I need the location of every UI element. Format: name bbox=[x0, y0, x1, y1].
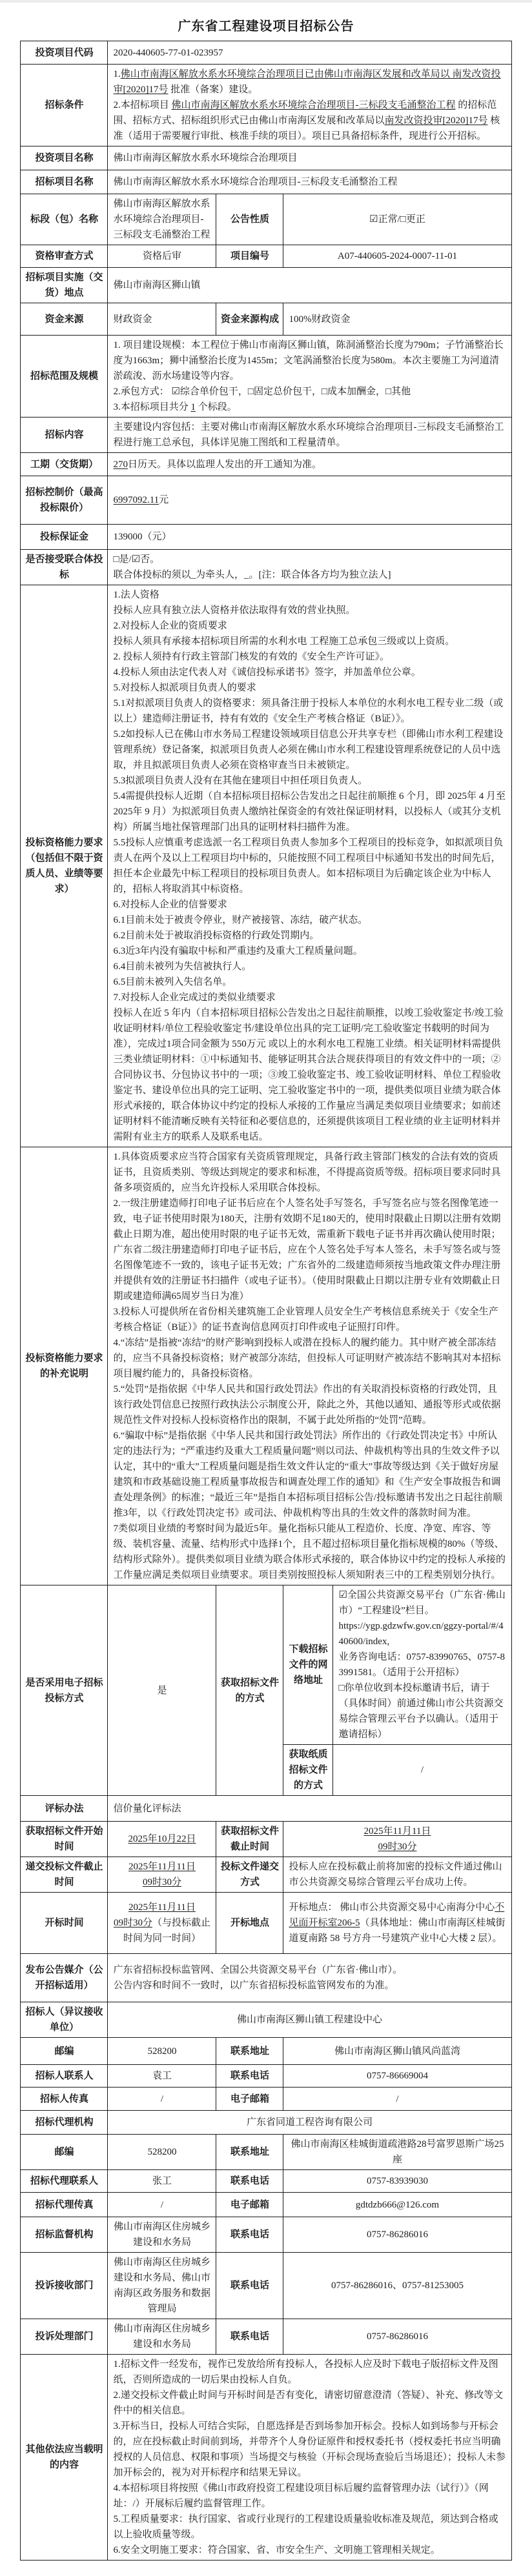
tender-project-name-underlined: 佛山市南海区解放水系水环境综合治理项目-三标段支毛涌整治工程 bbox=[171, 100, 455, 110]
agency-fax-value: / bbox=[108, 2193, 216, 2217]
obtain-end-date: 2025年11月11日 09时30分 bbox=[364, 1826, 431, 1852]
supervisor-label: 招标监督机构 bbox=[21, 2217, 108, 2253]
row-fund-source: 资金来源 财政资金 资金来源构成 100%财政资金 bbox=[21, 303, 511, 336]
supervisor-phone-label: 联系电话 bbox=[216, 2217, 283, 2253]
opening-time-value: 2025年11月11日 09时30分（与投标截止时间为同一时间） bbox=[108, 1893, 216, 1954]
evaluation-method-value: 信价量化评标法 bbox=[108, 1796, 511, 1822]
tenderer-address-label: 联系地址 bbox=[216, 2038, 283, 2065]
row-tender-project-name: 招标项目名称 佛山市南海区解放水系水环境综合治理项目-三标段支毛涌整治工程 bbox=[21, 170, 511, 194]
row-announcement-media: 发布公告媒介（公开招标适用） 广东省招标投标监管网、全国公共资源交易平台（广东省… bbox=[21, 1954, 511, 2002]
submit-deadline-label: 递交投标文件截止时间 bbox=[21, 1857, 108, 1893]
opening-time-label: 开标时间 bbox=[21, 1893, 108, 1954]
submit-method-value: 投标人应在投标截止前将加密的投标文件通过佛山市公共资源交易综合管理云平台成功上传… bbox=[283, 1857, 511, 1893]
row-tender-content: 招标内容 主要建设内容包括：主要对佛山市南海区解放水系水环境综合治理项目-三标段… bbox=[21, 418, 511, 453]
opening-clock: 09时30分 bbox=[114, 1918, 152, 1928]
fund-source-value: 财政资金 bbox=[108, 303, 216, 336]
row-submission: 递交投标文件截止时间 2025年11月11日 09时30分 投标文件递交方式 投… bbox=[21, 1857, 511, 1893]
submit-deadline-date: 2025年11月11日 09时30分 bbox=[128, 1862, 196, 1887]
tenderer-label: 招标人（异议接收单位） bbox=[21, 2002, 108, 2038]
row-bid-bond: 投标保证金 139000（元） bbox=[21, 525, 511, 550]
text-segment: ☑全国公共资源交易平台（广东省·佛山市）“工程建设”栏目。 bbox=[338, 1590, 505, 1616]
text-segment: 元 bbox=[159, 495, 169, 505]
tender-project-name-value: 佛山市南海区解放水系水环境综合治理项目-三标段支毛涌整治工程 bbox=[108, 170, 511, 194]
row-supervisor: 招标监督机构 佛山市南海区住房城乡建设和水务局 联系电话 0757-862860… bbox=[21, 2217, 511, 2253]
row-agency-postcode: 邮编 528200 联系地址 佛山市南海区桂城街道疏港路28号富罗恩斯广场25座 bbox=[21, 2135, 511, 2170]
agency-postcode-value: 528200 bbox=[108, 2135, 216, 2170]
tenderer-email-label: 电子邮箱 bbox=[216, 2088, 283, 2111]
obtain-start-date: 2025年10月22日 bbox=[128, 1834, 196, 1844]
row-investment-name: 投资项目名称 佛山市南海区解放水系水环境综合治理项目 bbox=[21, 146, 511, 170]
tenderer-phone-label: 联系电话 bbox=[216, 2065, 283, 2088]
section-name-value: 佛山市南海区解放水系水环境综合治理项目-三标段支毛涌整治工程 bbox=[108, 194, 216, 245]
tender-project-name-label: 招标项目名称 bbox=[21, 170, 108, 194]
agency-email-value: gdtdzb666@126.com bbox=[283, 2193, 511, 2217]
obtain-end-value: 2025年11月11日 09时30分 bbox=[283, 1822, 511, 1857]
text-segment: 日历天。具体以监理人发出的开工通知为准。 bbox=[128, 459, 322, 470]
agency-contact-label: 招标代理联系人 bbox=[21, 2170, 108, 2193]
complaint-receive-phone-label: 联系电话 bbox=[216, 2253, 283, 2319]
agency-address-label: 联系地址 bbox=[216, 2135, 283, 2170]
row-tenderer-postcode: 邮编 528200 联系地址 佛山市南海区狮山镇风尚蓝湾 bbox=[21, 2038, 511, 2065]
tenderer-postcode-label: 邮编 bbox=[21, 2038, 108, 2065]
qualification-requirements-value: 1.法人资格 投标人应具有独立法人资格并依法取得有效的营业执照。 2.对投标人企… bbox=[108, 585, 511, 1147]
project-number-label: 项目编号 bbox=[216, 245, 283, 268]
row-tenderer-contact: 招标人联系人 袁工 联系电话 0757-86669004 bbox=[21, 2065, 511, 2088]
qualification-method-value: 资格后审 bbox=[108, 245, 216, 268]
row-complaint-handle: 投诉处理部门 佛山市南海区住房城乡建设和水务局 联系电话 0757-862860… bbox=[21, 2319, 511, 2355]
complaint-handle-phone-label: 联系电话 bbox=[216, 2319, 283, 2355]
section-count: 1 bbox=[190, 402, 196, 412]
e-bidding-label: 是否采用电子招标投标方式 bbox=[21, 1585, 108, 1796]
tender-content-label: 招标内容 bbox=[21, 418, 108, 453]
agency-fax-label: 招标代理传真 bbox=[21, 2193, 108, 2217]
section-name-label: 标段（包）名称 bbox=[21, 194, 108, 245]
submit-deadline-value: 2025年11月11日 09时30分 bbox=[108, 1857, 216, 1893]
control-price-label: 招标控制价（最高投标限价） bbox=[21, 476, 108, 525]
fund-composition-value: 100%财政资金 bbox=[283, 303, 511, 336]
text-segment: 个标段。 bbox=[196, 402, 237, 412]
agency-value: 广东省同道工程咨询有限公司 bbox=[108, 2111, 511, 2135]
agency-postcode-label: 邮编 bbox=[21, 2135, 108, 2170]
qualification-notes-value: 1.具体资质要求应当符合国家有关资质管理规定，具备行政主管部门核发的合法有效的资… bbox=[108, 1147, 511, 1585]
row-section-name: 标段（包）名称 佛山市南海区解放水系水环境综合治理项目-三标段支毛涌整治工程 公… bbox=[21, 194, 511, 245]
tender-notice-page: 广东省工程建设项目招标公告 投资项目代码 2020-440605-77-01-0… bbox=[0, 3, 532, 2561]
complaint-receive-label: 投诉接收部门 bbox=[21, 2253, 108, 2319]
text-segment: 业务咨询电话：0757-83990765、0757-83991581。（适用于公… bbox=[338, 1652, 505, 1740]
tenderer-value: 佛山市南海区狮山镇工程建设中心 bbox=[108, 2002, 511, 2038]
approval-doc-number: 南发改资投审[2020]17号 bbox=[384, 116, 487, 126]
row-scope: 招标范围及规模 1. 项目建设规模：本工程位于佛山市南海区狮山镇，陈洞涌整治长度… bbox=[21, 336, 511, 418]
opening-place-label: 开标地点 bbox=[216, 1893, 283, 1954]
e-bidding-value: 是 bbox=[108, 1585, 216, 1796]
complaint-handle-value: 佛山市南海区住房城乡建设和水务局 bbox=[108, 2319, 216, 2355]
scope-label: 招标范围及规模 bbox=[21, 336, 108, 418]
investment-name-label: 投资项目名称 bbox=[21, 146, 108, 170]
row-consortium: 是否接受联合体投标 □是/☑否。 联合体投标的须以_为牵头人，_。[注：联合体各… bbox=[21, 550, 511, 585]
scope-value: 1. 项目建设规模：本工程位于佛山市南海区狮山镇，陈洞涌整治长度为790m；子竹… bbox=[108, 336, 511, 418]
obtain-start-value: 2025年10月22日 bbox=[108, 1822, 216, 1857]
complaint-handle-label: 投诉处理部门 bbox=[21, 2319, 108, 2355]
row-duration: 工期（交货期） 270日历天。具体以监理人发出的开工通知为准。 bbox=[21, 453, 511, 476]
tenderer-contact-value: 袁工 bbox=[108, 2065, 216, 2088]
page-title: 广东省工程建设项目招标公告 bbox=[0, 15, 532, 34]
notice-nature-label: 公告性质 bbox=[216, 194, 283, 245]
row-e-bidding-download: 是否采用电子招标投标方式 是 获取招标文件的方式 下载招标文件的网络地址 ☑全国… bbox=[21, 1585, 511, 1745]
notice-nature-value: ☑正常/□更正 bbox=[283, 194, 511, 245]
row-investment-code: 投资项目代码 2020-440605-77-01-023957 bbox=[21, 41, 511, 65]
complaint-receive-value: 佛山市南海区住房城乡建设和水务局、佛山市南海区政务服务和数据管理局 bbox=[108, 2253, 216, 2319]
agency-email-label: 电子邮箱 bbox=[216, 2193, 283, 2217]
obtain-end-label: 获取招标文件截止时间 bbox=[216, 1822, 283, 1857]
announcement-media-value: 广东省招标投标监管网、全国公共资源交易平台（广东省·佛山市）。 公告内容和时间不… bbox=[108, 1954, 511, 2002]
text-segment: 开标地点： 佛山市公共资源交易中心南海分中心 bbox=[289, 1902, 495, 1913]
download-url-label: 下载招标文件的网络地址 bbox=[283, 1585, 333, 1745]
agency-phone-label: 联系电话 bbox=[216, 2170, 283, 2193]
consortium-label: 是否接受联合体投标 bbox=[21, 550, 108, 585]
project-number-value: A07-440605-2024-0007-11-01 bbox=[283, 245, 511, 268]
tender-content-value: 主要建设内容包括：主要对佛山市南海区解放水系水环境综合治理项目-三标段支毛涌整治… bbox=[108, 418, 511, 453]
row-qualification-notes: 投标资格能力要求的补充说明 1.具体资质要求应当符合国家有关资质管理规定，具备行… bbox=[21, 1147, 511, 1585]
supervisor-value: 佛山市南海区住房城乡建设和水务局 bbox=[108, 2217, 216, 2253]
submit-method-label: 投标文件递交方式 bbox=[216, 1857, 283, 1893]
announcement-media-label: 发布公告媒介（公开招标适用） bbox=[21, 1954, 108, 2002]
opening-date: 2025年11月11日 bbox=[128, 1902, 196, 1913]
agency-address-value: 佛山市南海区桂城街道疏港路28号富罗恩斯广场25座 bbox=[283, 2135, 511, 2170]
evaluation-method-label: 评标办法 bbox=[21, 1796, 108, 1822]
tenderer-address-value: 佛山市南海区狮山镇风尚蓝湾 bbox=[283, 2038, 511, 2065]
obtain-method-label: 获取招标文件的方式 bbox=[216, 1585, 283, 1796]
control-price-amount: 6997092.11 bbox=[113, 495, 159, 505]
row-tenderer: 招标人（异议接收单位） 佛山市南海区狮山镇工程建设中心 bbox=[21, 2002, 511, 2038]
row-complaint-receive: 投诉接收部门 佛山市南海区住房城乡建设和水务局、佛山市南海区政务服务和数据管理局… bbox=[21, 2253, 511, 2319]
qualification-notes-label: 投标资格能力要求的补充说明 bbox=[21, 1147, 108, 1585]
row-tenderer-fax: 招标人传真 / 电子邮箱 / bbox=[21, 2088, 511, 2111]
complaint-handle-phone-value: 0757-86286016 bbox=[283, 2319, 511, 2355]
row-other-content: 其他依法应当载明的内容 1.招标文件一经发布，视作已发放给所有投标人，各投标人应… bbox=[21, 2355, 511, 2561]
complaint-receive-phone-value: 0757-86286016、0757-81253005 bbox=[283, 2253, 511, 2319]
other-content-value: 1.招标文件一经发布，视作已发放给所有投标人，各投标人应及时下载电子版招标文件及… bbox=[108, 2355, 511, 2561]
investment-name-value: 佛山市南海区解放水系水环境综合治理项目 bbox=[108, 146, 511, 170]
tenderer-contact-label: 招标人联系人 bbox=[21, 2065, 108, 2088]
tenderer-phone-value: 0757-86669004 bbox=[283, 2065, 511, 2088]
qualification-method-label: 资格审查方式 bbox=[21, 245, 108, 268]
bid-bond-label: 投标保证金 bbox=[21, 525, 108, 550]
row-evaluation-method: 评标办法 信价量化评标法 bbox=[21, 1796, 511, 1822]
row-agency-contact: 招标代理联系人 张工 联系电话 0757-83939030 bbox=[21, 2170, 511, 2193]
tender-notice-table: 投资项目代码 2020-440605-77-01-023957 招标条件 1.佛… bbox=[20, 41, 511, 2561]
control-price-value: 6997092.11元 bbox=[108, 476, 511, 525]
delivery-place-value: 佛山市南海区狮山镇 bbox=[108, 268, 511, 303]
row-obtain-time: 获取招标文件开始时间 2025年10月22日 获取招标文件截止时间 2025年1… bbox=[21, 1822, 511, 1857]
duration-days: 270 bbox=[113, 459, 128, 470]
duration-label: 工期（交货期） bbox=[21, 453, 108, 476]
duration-value: 270日历天。具体以监理人发出的开工通知为准。 bbox=[108, 453, 511, 476]
download-url-link[interactable]: https://ygp.gdzwfw.gov.cn/ggzy-portal/#/… bbox=[338, 1621, 503, 1647]
opening-place-value: 开标地点： 佛山市公共资源交易中心南海分中心不见面开标室206-5（具体地址：佛… bbox=[283, 1893, 511, 1954]
row-qualification-requirements: 投标资格能力要求（包括但不限于资质人员、业绩等要求） 1.法人资格 投标人应具有… bbox=[21, 585, 511, 1147]
fund-composition-label: 资金来源构成 bbox=[216, 303, 283, 336]
row-tender-conditions: 招标条件 1.佛山市南海区解放水系水环境综合治理项目已由佛山市南海区发展和改革局… bbox=[21, 65, 511, 146]
supervisor-phone-value: 0757-86286016 bbox=[283, 2217, 511, 2253]
download-url-value: ☑全国公共资源交易平台（广东省·佛山市）“工程建设”栏目。 https://yg… bbox=[333, 1585, 511, 1745]
tender-conditions-label: 招标条件 bbox=[21, 65, 108, 146]
agency-label: 招标代理机构 bbox=[21, 2111, 108, 2135]
qualification-requirements-label: 投标资格能力要求（包括但不限于资质人员、业绩等要求） bbox=[21, 585, 108, 1147]
investment-code-value: 2020-440605-77-01-023957 bbox=[108, 41, 511, 65]
row-control-price: 招标控制价（最高投标限价） 6997092.11元 bbox=[21, 476, 511, 525]
row-agency: 招标代理机构 广东省同道工程咨询有限公司 bbox=[21, 2111, 511, 2135]
consortium-value: □是/☑否。 联合体投标的须以_为牵头人，_。[注：联合体各方均为独立法人] bbox=[108, 550, 511, 585]
agency-phone-value: 0757-83939030 bbox=[283, 2170, 511, 2193]
investment-code-label: 投资项目代码 bbox=[21, 41, 108, 65]
text-segment: 1. 项目建设规模：本工程位于佛山市南海区狮山镇，陈洞涌整治长度为790m；子竹… bbox=[113, 340, 503, 412]
agency-contact-value: 张工 bbox=[108, 2170, 216, 2193]
row-delivery-place: 招标项目实施（交货）地点 佛山市南海区狮山镇 bbox=[21, 268, 511, 303]
tenderer-postcode-value: 528200 bbox=[108, 2038, 216, 2065]
row-bid-opening: 开标时间 2025年11月11日 09时30分（与投标截止时间为同一时间） 开标… bbox=[21, 1893, 511, 1954]
tenderer-email-value: / bbox=[283, 2088, 511, 2111]
row-qualification-method: 资格审查方式 资格后审 项目编号 A07-440605-2024-0007-11… bbox=[21, 245, 511, 268]
paper-method-value: / bbox=[333, 1745, 511, 1796]
tenderer-fax-label: 招标人传真 bbox=[21, 2088, 108, 2111]
fund-source-label: 资金来源 bbox=[21, 303, 108, 336]
text-segment: 1. bbox=[113, 69, 120, 79]
tenderer-fax-value: / bbox=[108, 2088, 216, 2111]
row-agency-fax: 招标代理传真 / 电子邮箱 gdtdzb666@126.com bbox=[21, 2193, 511, 2217]
delivery-place-label: 招标项目实施（交货）地点 bbox=[21, 268, 108, 303]
obtain-start-label: 获取招标文件开始时间 bbox=[21, 1822, 108, 1857]
tender-conditions-value: 1.佛山市南海区解放水系水环境综合治理项目已由佛山市南海区发展和改革局以 南发改… bbox=[108, 65, 511, 146]
other-content-label: 其他依法应当载明的内容 bbox=[21, 2355, 108, 2561]
bid-bond-value: 139000（元） bbox=[108, 525, 511, 550]
paper-method-label: 获取纸质招标文件的方式 bbox=[283, 1745, 333, 1796]
